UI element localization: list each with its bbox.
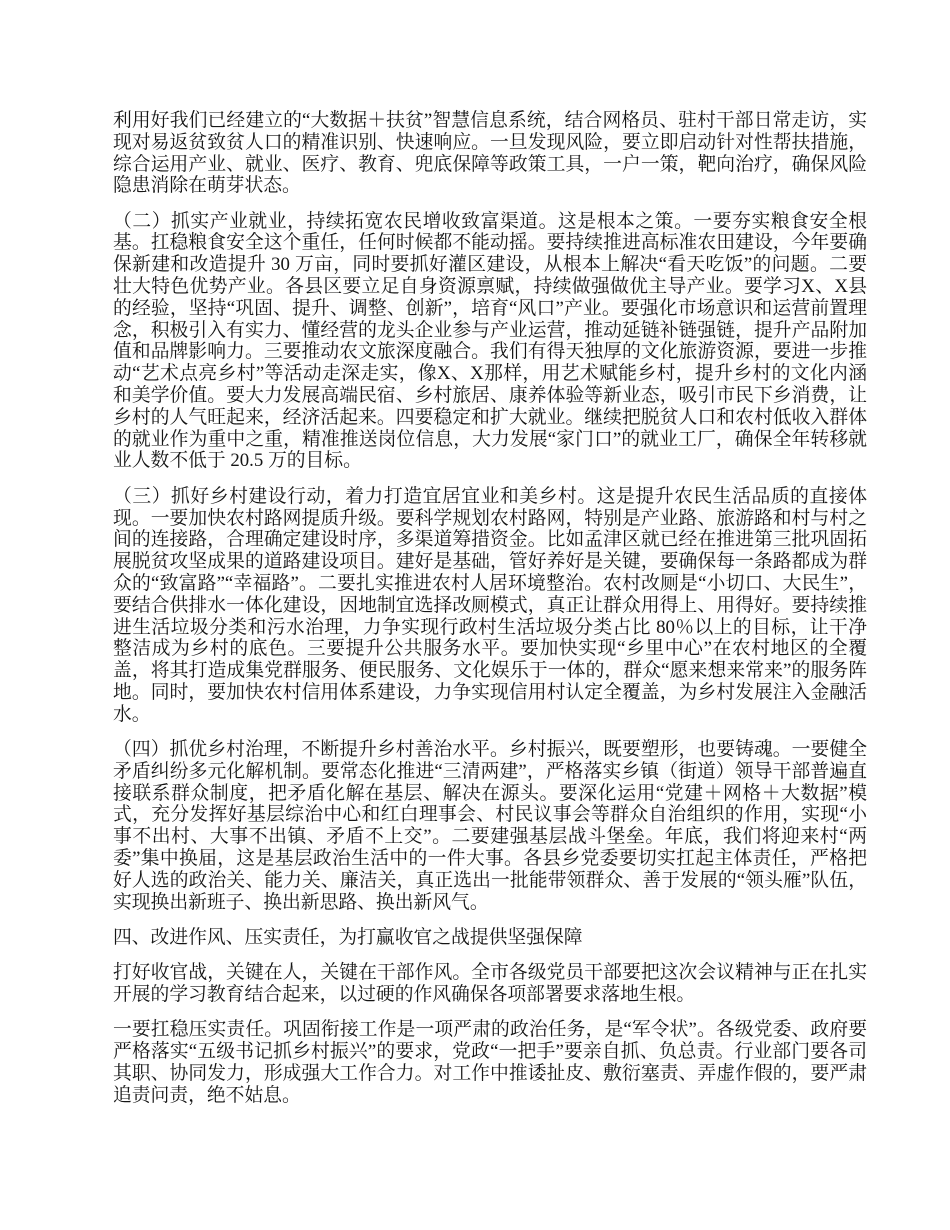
body-paragraph: （三）抓好乡村建设行动，着力打造宜居宜业和美乡村。这是提升农民生活品质的直接体现…	[113, 486, 867, 726]
body-paragraph: 一要扛稳压实责任。巩固衔接工作是一项严肃的政治任务，是“军令状”。各级党委、政府…	[113, 1019, 867, 1106]
body-paragraph: 利用好我们已经建立的“大数据＋扶贫”智慧信息系统，结合网格员、驻村干部日常走访，…	[113, 110, 867, 197]
body-paragraph: （二）抓实产业就业，持续拓宽农民增收致富渠道。这是根本之策。一要夯实粮食安全根基…	[113, 211, 867, 473]
body-paragraph: （四）抓优乡村治理，不断提升乡村善治水平。乡村振兴，既要塑形，也要铸魂。一要健全…	[113, 739, 867, 913]
document-page: { "page": { "background_color": "#ffffff…	[0, 0, 950, 1230]
document-body: 利用好我们已经建立的“大数据＋扶贫”智慧信息系统，结合网格员、驻村干部日常走访，…	[113, 110, 867, 1120]
body-paragraph: 打好收官战，关键在人，关键在干部作风。全市各级党员干部要把这次会议精神与正在扎实…	[113, 962, 867, 1006]
section-heading: 四、改进作风、压实责任，为打赢收官之战提供坚强保障	[113, 927, 867, 949]
